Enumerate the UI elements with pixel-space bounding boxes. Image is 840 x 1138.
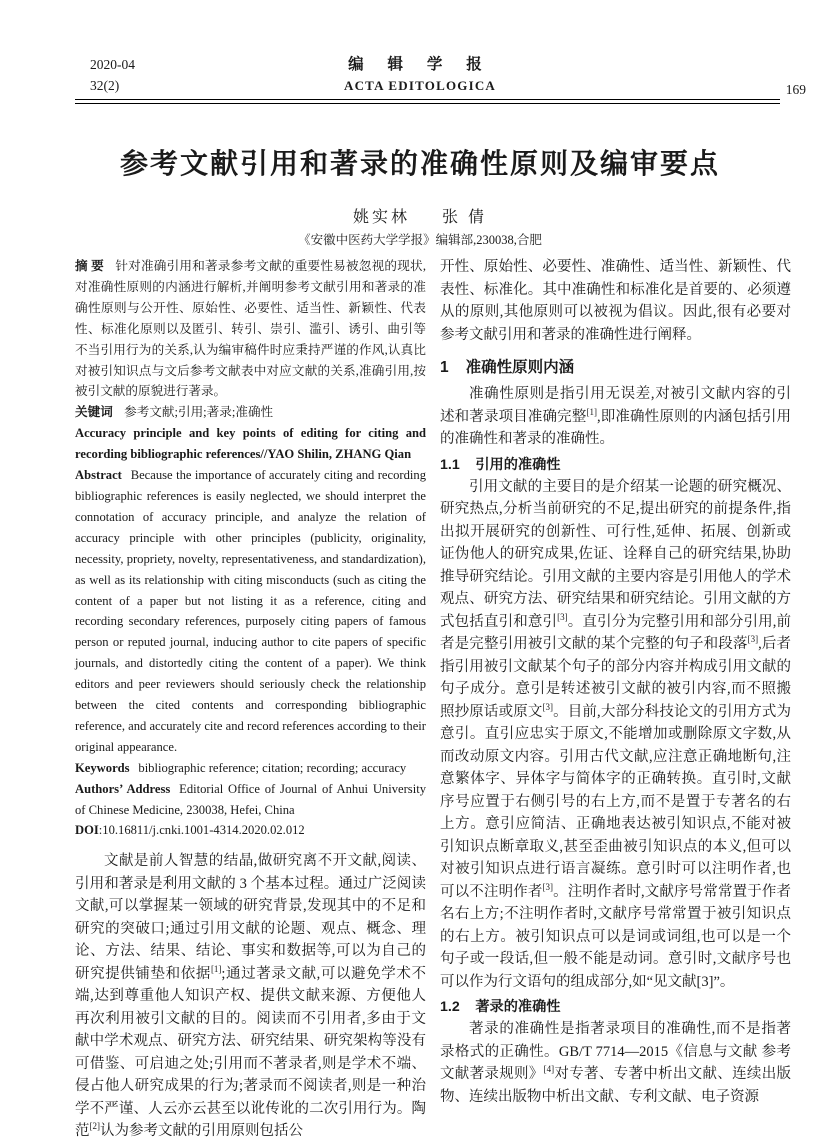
english-title: Accuracy principle and key points of edi…	[75, 423, 426, 465]
section-1-paragraph: 准确性原则是指引用无误差,对被引文献内容的引述和著录项目准确完整[1],即准确性…	[440, 383, 791, 451]
left-column: 摘 要针对准确引用和著录参考文献的重要性易被忽视的现状,对准确性原则的内涵进行解…	[75, 256, 426, 1138]
section-1-1-heading: 1.1引用的准确性	[440, 454, 791, 474]
author-name: 张 倩	[442, 209, 487, 226]
section-1-1-title: 引用的准确性	[475, 457, 560, 473]
doi-label: DOI	[75, 823, 99, 837]
section-1-2-number: 1.2	[440, 999, 460, 1015]
section-1-heading: 1准确性原则内涵	[440, 355, 791, 377]
abstract-cn: 摘 要针对准确引用和著录参考文献的重要性易被忽视的现状,对准确性原则的内涵进行解…	[75, 256, 426, 402]
affiliation: 《安徽中医药大学学报》编辑部,230038,合肥	[0, 230, 840, 248]
authors-address: Authors’ AddressEditorial Office of Jour…	[75, 779, 426, 821]
abstract-en-label: Abstract	[75, 468, 122, 482]
article-title: 参考文献引用和著录的准确性原则及编审要点	[0, 142, 840, 182]
intro-paragraph: 文献是前人智慧的结晶,做研究离不开文献,阅读、引用和著录是利用文献的 3 个基本…	[75, 850, 426, 1138]
abstract-cn-label: 摘 要	[75, 259, 104, 273]
section-1-number: 1	[440, 359, 449, 376]
right-column: 开性、原始性、必要性、准确性、适当性、新颖性、代表性、标准化。其中准确性和标准化…	[440, 256, 791, 1138]
abstract-en-text: Because the importance of accurately cit…	[75, 468, 426, 754]
section-1-2-heading: 1.2著录的准确性	[440, 996, 791, 1016]
journal-title-en: ACTA EDITOLOGICA	[0, 76, 840, 96]
keywords-cn: 关键词参考文献;引用;著录;准确性	[75, 402, 426, 423]
author-name: 姚实林	[353, 209, 410, 226]
doi-line: DOI:10.16811/j.cnki.1001-4314.2020.02.01…	[75, 820, 426, 841]
section-1-1-number: 1.1	[440, 457, 460, 473]
abstract-cn-text: 针对准确引用和著录参考文献的重要性易被忽视的现状,对准确性原则的内涵进行解析,并…	[75, 259, 426, 398]
header-journal-block: 编 辑 学 报 ACTA EDITOLOGICA	[0, 54, 840, 96]
section-1-2-paragraph: 著录的准确性是指著录项目的准确性,而不是指著录格式的正确性。GB/T 7714—…	[440, 1018, 791, 1108]
section-1-1-paragraph: 引用文献的主要目的是介绍某一论题的研究概况、研究热点,分析当前研究的不足,提出研…	[440, 476, 791, 994]
journal-page: 2020-04 32(2) 编 辑 学 报 ACTA EDITOLOGICA 1…	[0, 0, 840, 1138]
authors-address-label: Authors’ Address	[75, 782, 170, 796]
section-1-title: 准确性原则内涵	[466, 359, 575, 376]
authors-line: 姚实林 张 倩	[0, 204, 840, 227]
keywords-en-text: bibliographic reference; citation; recor…	[138, 761, 406, 775]
continuation-paragraph: 开性、原始性、必要性、准确性、适当性、新颖性、代表性、标准化。其中准确性和标准化…	[440, 256, 791, 346]
abstract-en: AbstractBecause the importance of accura…	[75, 465, 426, 758]
keywords-en: Keywordsbibliographic reference; citatio…	[75, 758, 426, 779]
keywords-cn-text: 参考文献;引用;著录;准确性	[124, 405, 273, 419]
article-body: 摘 要针对准确引用和著录参考文献的重要性易被忽视的现状,对准确性原则的内涵进行解…	[75, 256, 791, 1138]
doi-value: :10.16811/j.cnki.1001-4314.2020.02.012	[99, 823, 305, 837]
section-1-2-title: 著录的准确性	[475, 999, 560, 1015]
header-rule	[75, 99, 780, 104]
journal-title-cn: 编 辑 学 报	[0, 54, 840, 76]
page-number: 169	[786, 82, 806, 98]
keywords-en-label: Keywords	[75, 761, 130, 775]
keywords-cn-label: 关键词	[75, 405, 113, 419]
